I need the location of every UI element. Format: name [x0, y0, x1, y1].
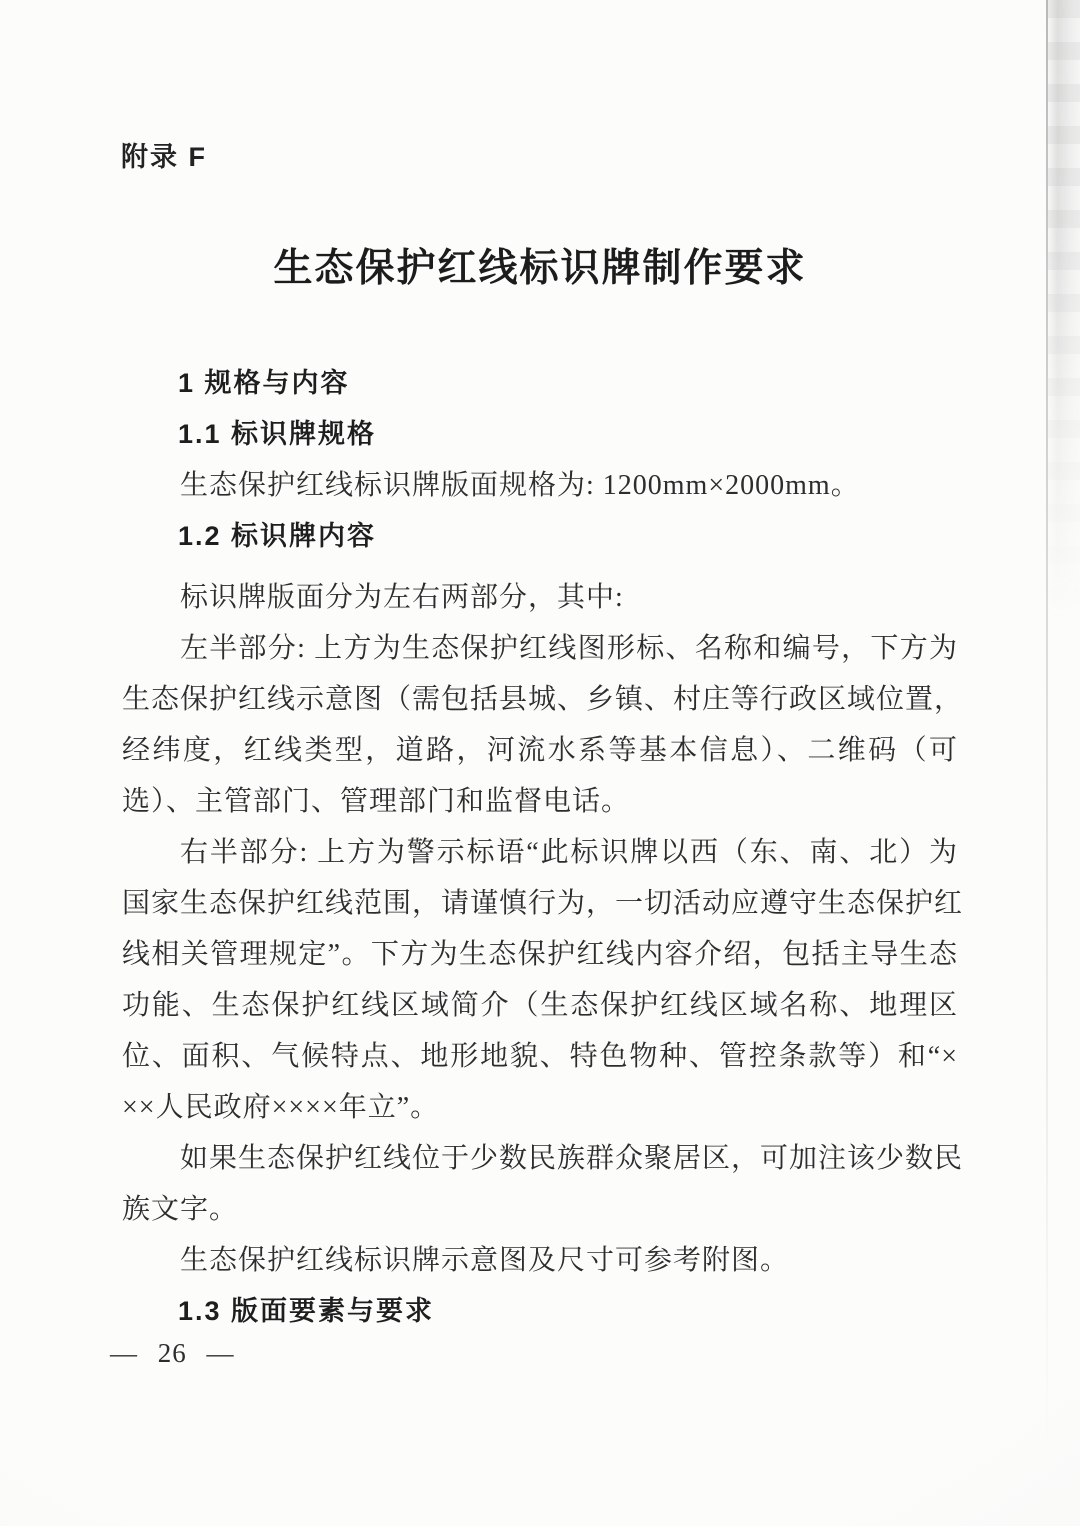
minority-note-line: 族文字。 — [122, 1184, 958, 1235]
document-body: 1 规格与内容 1.1 标识牌规格 生态保护红线标识牌版面规格为: 1200mm… — [122, 358, 958, 1337]
right-part-line: 线相关管理规定”。下方为生态保护红线内容介绍，包括主导生态 — [122, 929, 958, 980]
scan-edge-shadow — [1048, 0, 1080, 620]
page-number: — 26 — — [110, 1338, 235, 1369]
document-title: 生态保护红线标识牌制作要求 — [0, 248, 1080, 291]
left-part-line: 生态保护红线示意图（需包括县城、乡镇、村庄等行政区域位置， — [122, 674, 958, 725]
reference-line: 生态保护红线标识牌示意图及尺寸可参考附图。 — [122, 1235, 958, 1286]
section-1-3-heading: 1.3 版面要素与要求 — [122, 1286, 958, 1337]
scan-fold-line — [1046, 0, 1048, 1450]
right-part-line: 右半部分: 上方为警示标语“此标识牌以西（东、南、北）为 — [122, 827, 958, 878]
right-part-line: 国家生态保护红线范围，请谨慎行为，一切活动应遵守生态保护红 — [122, 878, 958, 929]
section-1-heading: 1 规格与内容 — [122, 358, 958, 409]
appendix-label: 附录 F — [121, 143, 207, 173]
section-1-1-body-line: 生态保护红线标识牌版面规格为: 1200mm×2000mm。 — [122, 460, 958, 511]
section-1-1-heading: 1.1 标识牌规格 — [122, 409, 958, 460]
left-part-line: 经纬度，红线类型，道路，河流水系等基本信息）、二维码（可 — [122, 725, 958, 776]
right-part-line: 位、面积、气候特点、地形地貌、特色物种、管控条款等）和“× — [122, 1031, 958, 1082]
left-part-line: 左半部分: 上方为生态保护红线图形标、名称和编号，下方为 — [122, 623, 958, 674]
right-part-line: 功能、生态保护红线区域简介（生态保护红线区域名称、地理区 — [122, 980, 958, 1031]
section-1-2-heading: 1.2 标识牌内容 — [122, 511, 958, 562]
intro-line: 标识牌版面分为左右两部分，其中: — [122, 572, 958, 623]
right-part-line: ××人民政府××××年立”。 — [122, 1082, 958, 1133]
scanned-document-page: 附录 F 生态保护红线标识牌制作要求 1 规格与内容 1.1 标识牌规格 生态保… — [0, 0, 1080, 1526]
minority-note-line: 如果生态保护红线位于少数民族群众聚居区，可加注该少数民 — [122, 1133, 958, 1184]
left-part-line: 选）、主管部门、管理部门和监督电话。 — [122, 776, 958, 827]
